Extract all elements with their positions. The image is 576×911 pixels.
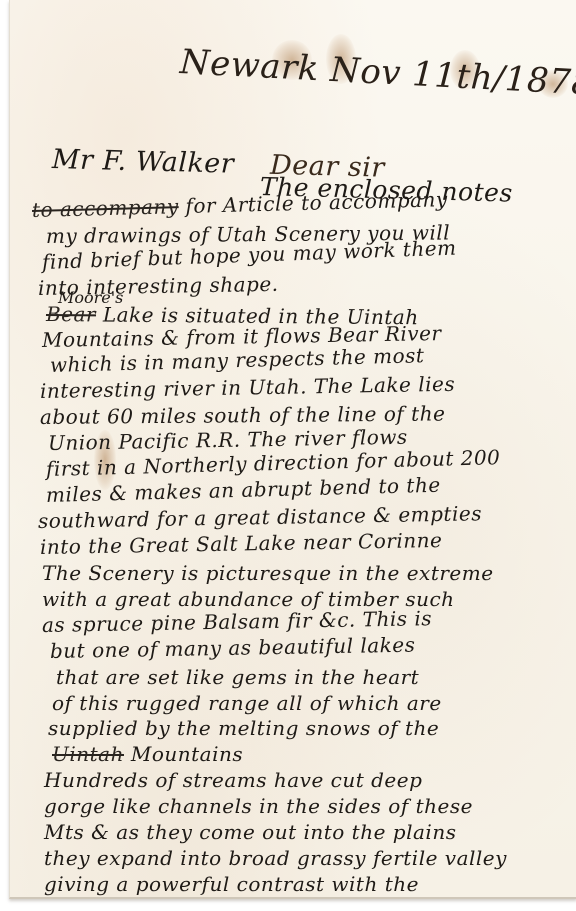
- letter-line: to accompany for Article to accompany: [32, 187, 448, 222]
- struck-text: Bear: [46, 302, 96, 326]
- letter-line: into the Great Salt Lake near Corinne: [40, 528, 443, 559]
- addressee: Mr F. Walker: [52, 144, 235, 180]
- letter-line: Mts & as they come out into the plains: [44, 820, 456, 844]
- letter-line: gorge like channels in the sides of thes…: [44, 794, 473, 818]
- letter-line: that are set like gems in the heart: [56, 665, 419, 689]
- dateline: Newark Nov 11th/1878: [179, 42, 576, 104]
- letter-line: interesting river in Utah. The Lake lies: [40, 372, 456, 403]
- letter-page: Newark Nov 11th/1878 Mr F. WalkerDear si…: [9, 0, 576, 899]
- letter-line: Uintah Mountains: [52, 742, 243, 766]
- struck-text: to accompany: [32, 194, 179, 222]
- letter-line: but one of many as beautiful lakes: [50, 633, 416, 663]
- letter-line: The Scenery is picturesque in the extrem…: [42, 561, 494, 585]
- letter-line: they expand into broad grassy fertile va…: [44, 846, 507, 870]
- letter-line: supplied by the melting snows of the: [48, 716, 439, 740]
- letter-line: giving a powerful contrast with the: [44, 872, 419, 896]
- struck-text: Uintah: [52, 742, 124, 766]
- letter-line: of this rugged range all of which are: [52, 691, 442, 715]
- letter-line: Hundreds of streams have cut deep: [44, 768, 422, 792]
